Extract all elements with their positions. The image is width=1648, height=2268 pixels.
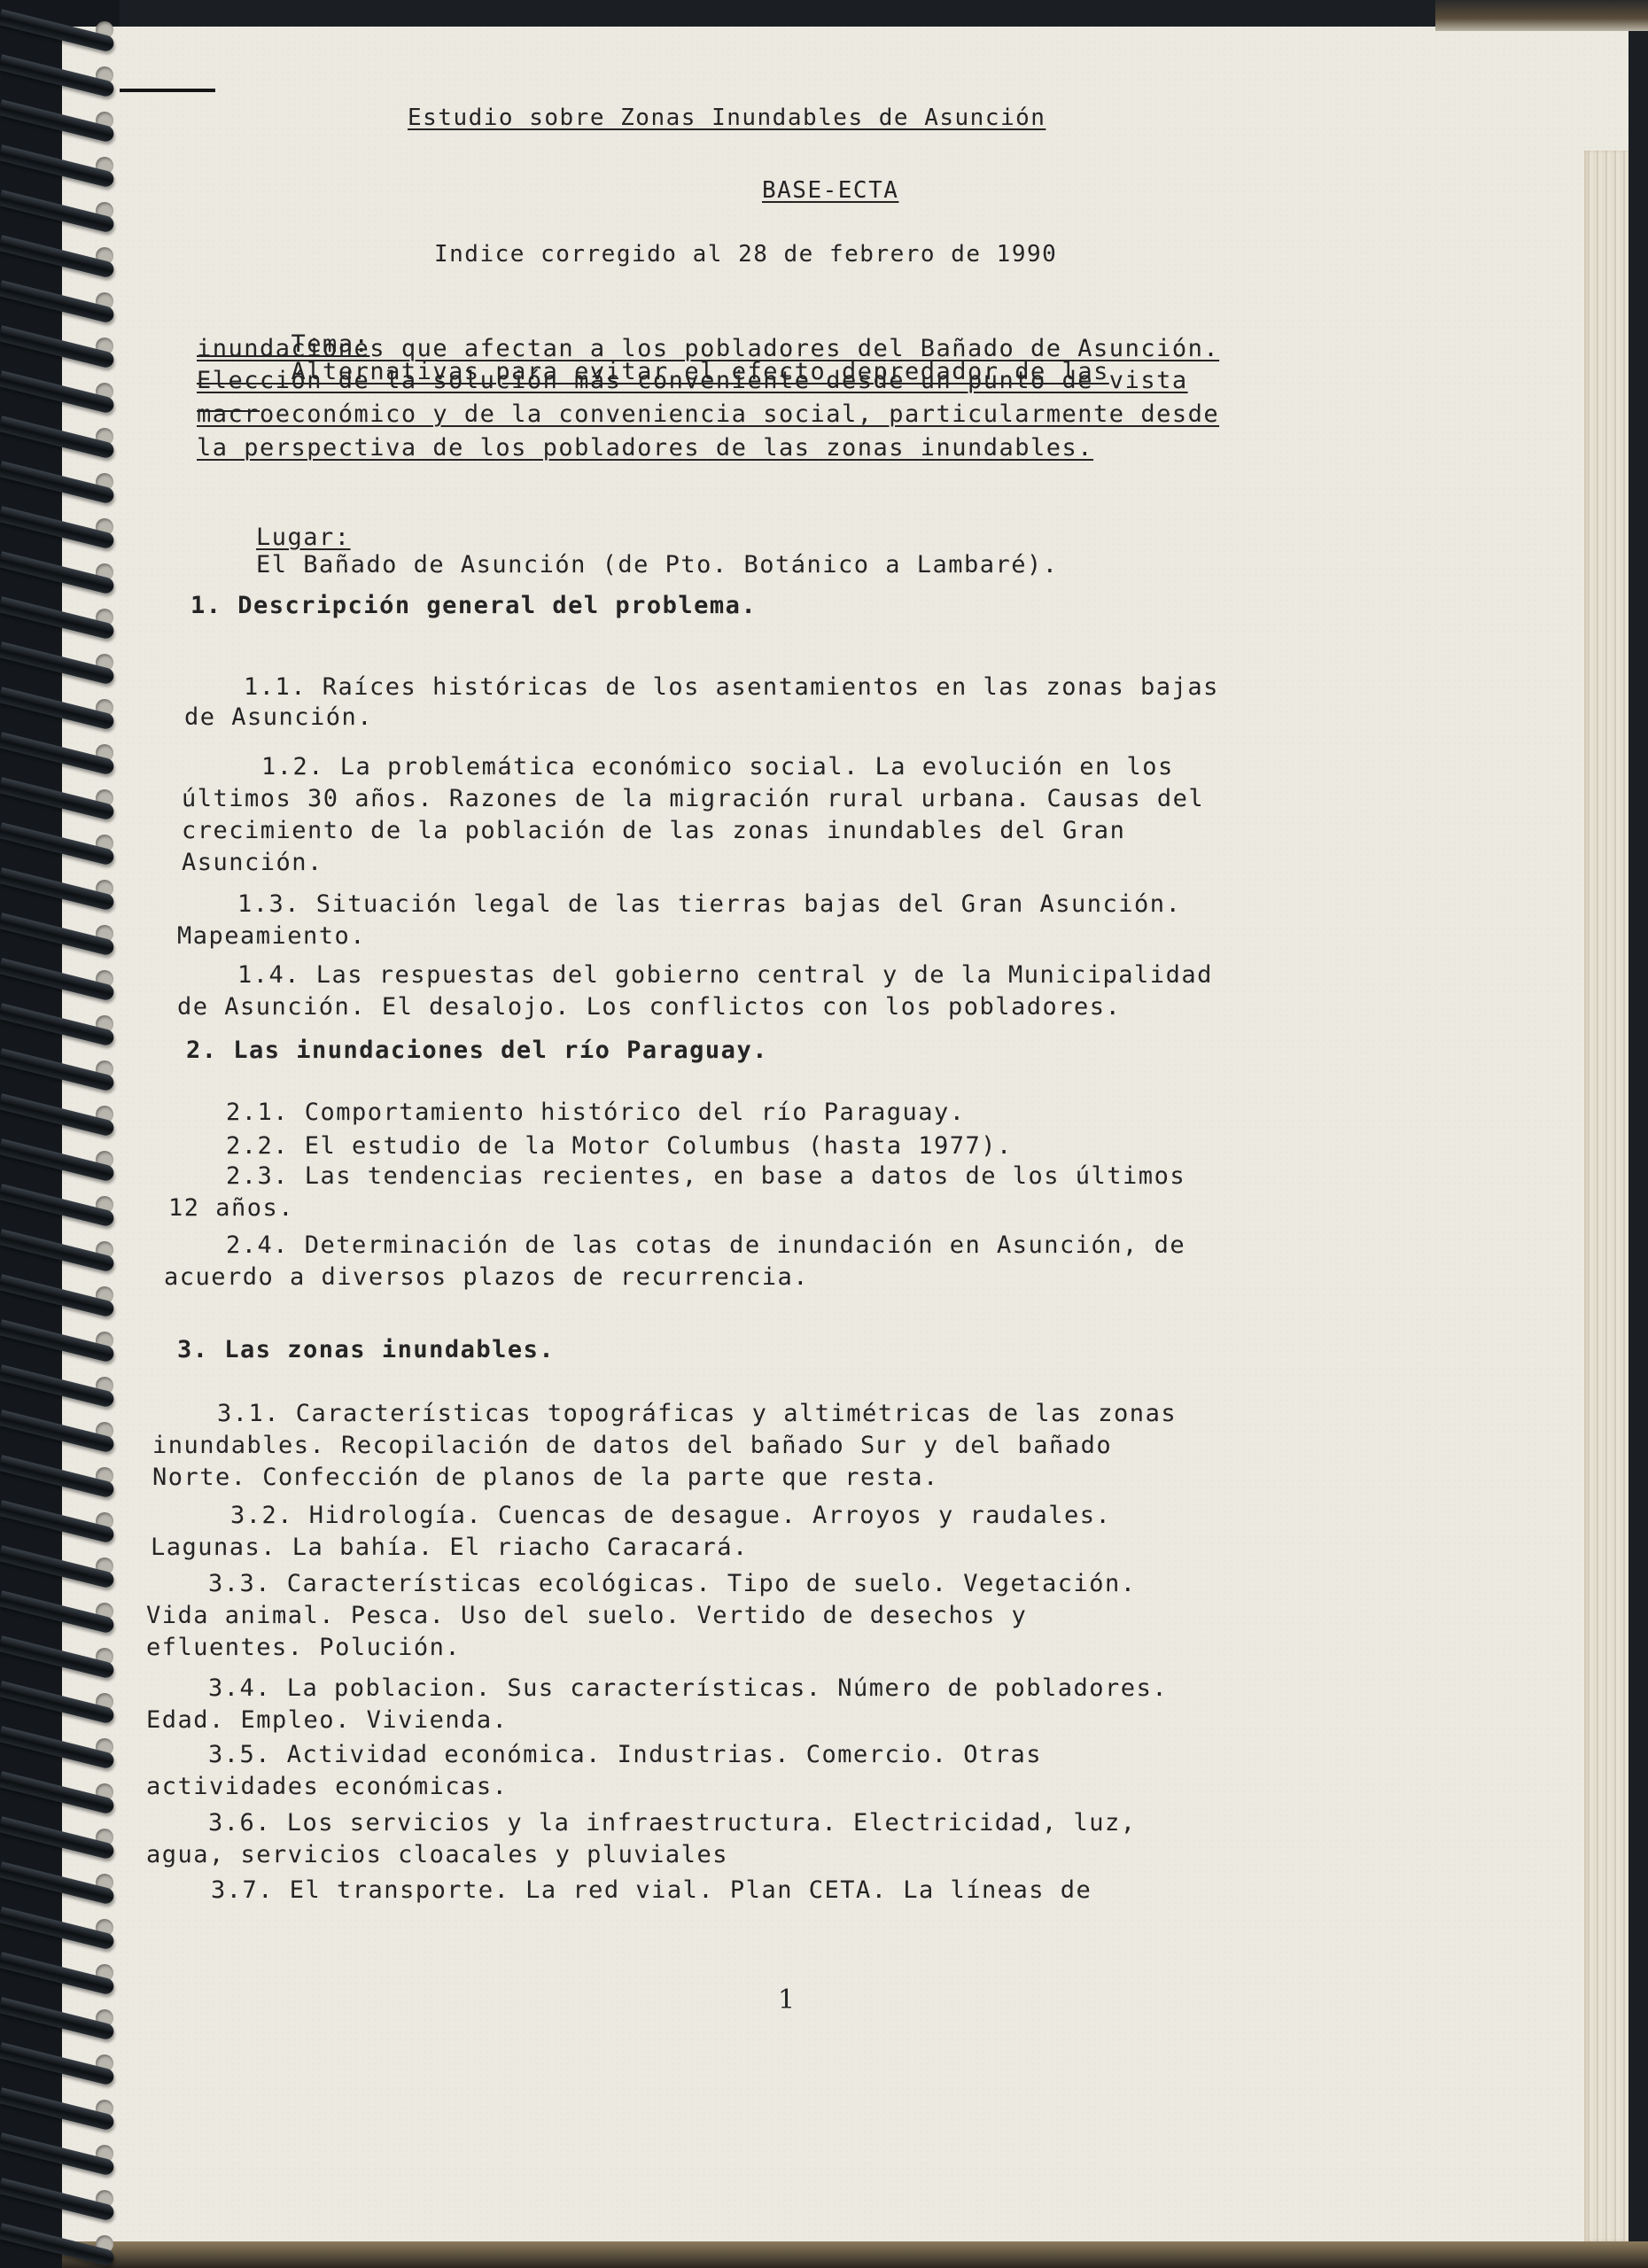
index-item-title: 3.6. Los servicios y la infraestructura.… xyxy=(208,1809,1137,1837)
index-item-continuation: crecimiento de la población de las zonas… xyxy=(182,817,1125,844)
index-item-continuation: Edad. Empleo. Vivienda. xyxy=(146,1706,508,1734)
section-heading: 3. Las zonas inundables. xyxy=(177,1336,555,1363)
index-item-title: 2.1. Comportamiento histórico del río Pa… xyxy=(226,1099,966,1126)
index-item-title: 3.3. Características ecológicas. Tipo de… xyxy=(208,1570,1137,1597)
index-item-title: 3.7. El transporte. La red vial. Plan CE… xyxy=(211,1876,1092,1904)
index-item-continuation: Vida animal. Pesca. Uso del suelo. Verti… xyxy=(146,1602,1027,1629)
index-item-continuation: Asunción. xyxy=(182,849,323,876)
index-item-title: 1.2. La problemática económico social. L… xyxy=(261,753,1174,781)
page-number: 1 xyxy=(778,1984,797,2016)
index-item-title: 3.2. Hidrología. Cuencas de desague. Arr… xyxy=(230,1502,1111,1529)
section-heading: 1. Descripción general del problema. xyxy=(190,592,757,619)
index-item-continuation: 12 años. xyxy=(168,1194,294,1222)
index-item-title: 3.1. Características topográficas y alti… xyxy=(217,1400,1177,1427)
index-item-continuation: efluentes. Polución. xyxy=(146,1634,461,1661)
index-item-continuation: de Asunción. xyxy=(184,703,373,731)
document-subtitle: BASE-ECTA xyxy=(762,177,898,204)
index-item-title: 2.3. Las tendencias recientes, en base a… xyxy=(226,1162,1185,1190)
tema-line: macroeconómico y de la conveniencia soci… xyxy=(197,400,1219,428)
index-item-continuation: Norte. Confección de planos de la parte … xyxy=(152,1464,939,1491)
index-item-continuation: últimos 30 años. Razones de la migración… xyxy=(182,785,1204,812)
index-item-title: 2.2. El estudio de la Motor Columbus (ha… xyxy=(226,1132,1013,1160)
index-item-title: 2.4. Determinación de las cotas de inund… xyxy=(226,1231,1185,1259)
index-item-continuation: actividades económicas. xyxy=(146,1773,508,1800)
index-item-title: 1.3. Situación legal de las tierras baja… xyxy=(237,890,1181,918)
lugar-text: El Bañado de Asunción (de Pto. Botánico … xyxy=(256,551,1059,579)
index-item-title: 1.4. Las respuestas del gobierno central… xyxy=(237,961,1213,989)
index-item-title: 3.4. La poblacion. Sus características. … xyxy=(208,1674,1168,1702)
index-item-continuation: Lagunas. La bahía. El riacho Caracará. xyxy=(151,1534,749,1561)
tema-line: la perspectiva de los pobladores de las … xyxy=(197,434,1093,462)
document-title: Estudio sobre Zonas Inundables de Asunci… xyxy=(408,105,1046,131)
index-item-title: 3.5. Actividad económica. Industrias. Co… xyxy=(208,1741,1042,1768)
index-item-title: 1.1. Raíces históricas de los asentamien… xyxy=(244,673,1219,701)
index-item-continuation: inundables. Recopilación de datos del ba… xyxy=(152,1432,1112,1459)
index-item-continuation: acuerdo a diversos plazos de recurrencia… xyxy=(164,1263,809,1291)
lugar-block: Lugar: El Bañado de Asunción (de Pto. Bo… xyxy=(193,496,1059,606)
lugar-label: Lugar: xyxy=(256,524,351,551)
tema-line: inundaciones que afectan a los pobladore… xyxy=(197,335,1219,362)
section-heading: 2. Las inundaciones del río Paraguay. xyxy=(186,1037,768,1064)
document-content: Estudio sobre Zonas Inundables de Asunci… xyxy=(0,0,1648,2268)
index-note: Indice corregido al 28 de febrero de 199… xyxy=(434,241,1057,268)
index-item-continuation: de Asunción. El desalojo. Los conflictos… xyxy=(177,993,1121,1021)
index-item-continuation: agua, servicios cloacales y pluviales xyxy=(146,1841,728,1868)
tema-line: Elección de la solución más conveniente … xyxy=(197,367,1188,394)
index-item-continuation: Mapeamiento. xyxy=(177,922,366,950)
